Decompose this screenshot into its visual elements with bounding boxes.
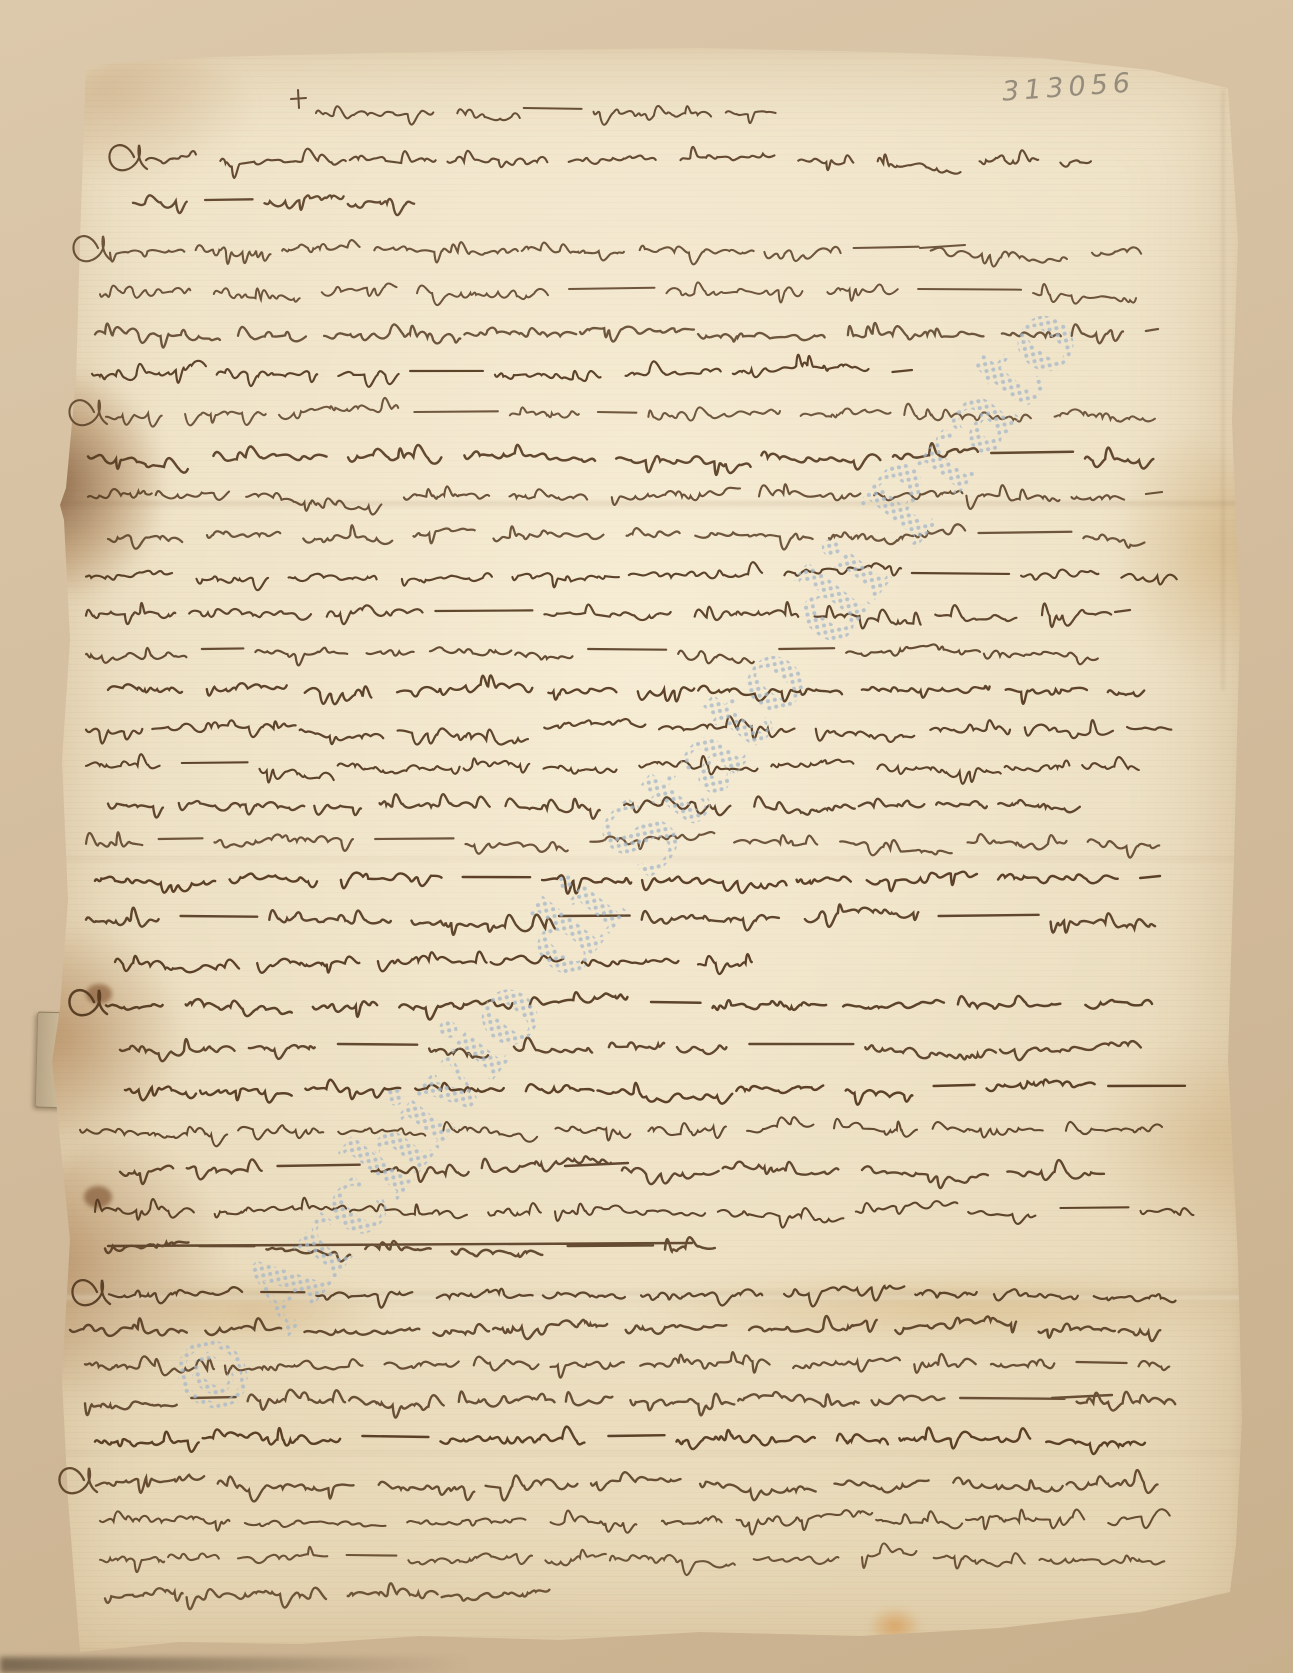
stain-fold-band: [650, 1272, 1270, 1342]
manuscript-scan: { "document": { "archive_number": "31305…: [0, 0, 1293, 1673]
manuscript-page: [40, 40, 1250, 1660]
fox-spot-2: [84, 1186, 112, 1208]
scanner-shadow: [0, 1657, 470, 1673]
stain-fold-band-left: [144, 1278, 384, 1344]
stain-right-upper: [1112, 438, 1262, 678]
burn-stain-left-edge: [22, 370, 162, 600]
fox-spot-1: [86, 984, 112, 1004]
fold-crease-faint: [40, 1452, 1250, 1454]
vertical-crease-right: [1222, 90, 1224, 690]
fold-crease-upper: [40, 502, 1250, 505]
paper-edge-vignette: [40, 40, 1250, 1660]
stain-top-left: [54, 54, 254, 184]
stain-bottom-edge: [868, 1606, 922, 1646]
stain-right-lower: [1090, 1040, 1270, 1240]
fold-crease-lower: [40, 1292, 1250, 1302]
fold-crease-middle: [40, 858, 1250, 860]
stain-left-lower: [16, 1140, 226, 1410]
